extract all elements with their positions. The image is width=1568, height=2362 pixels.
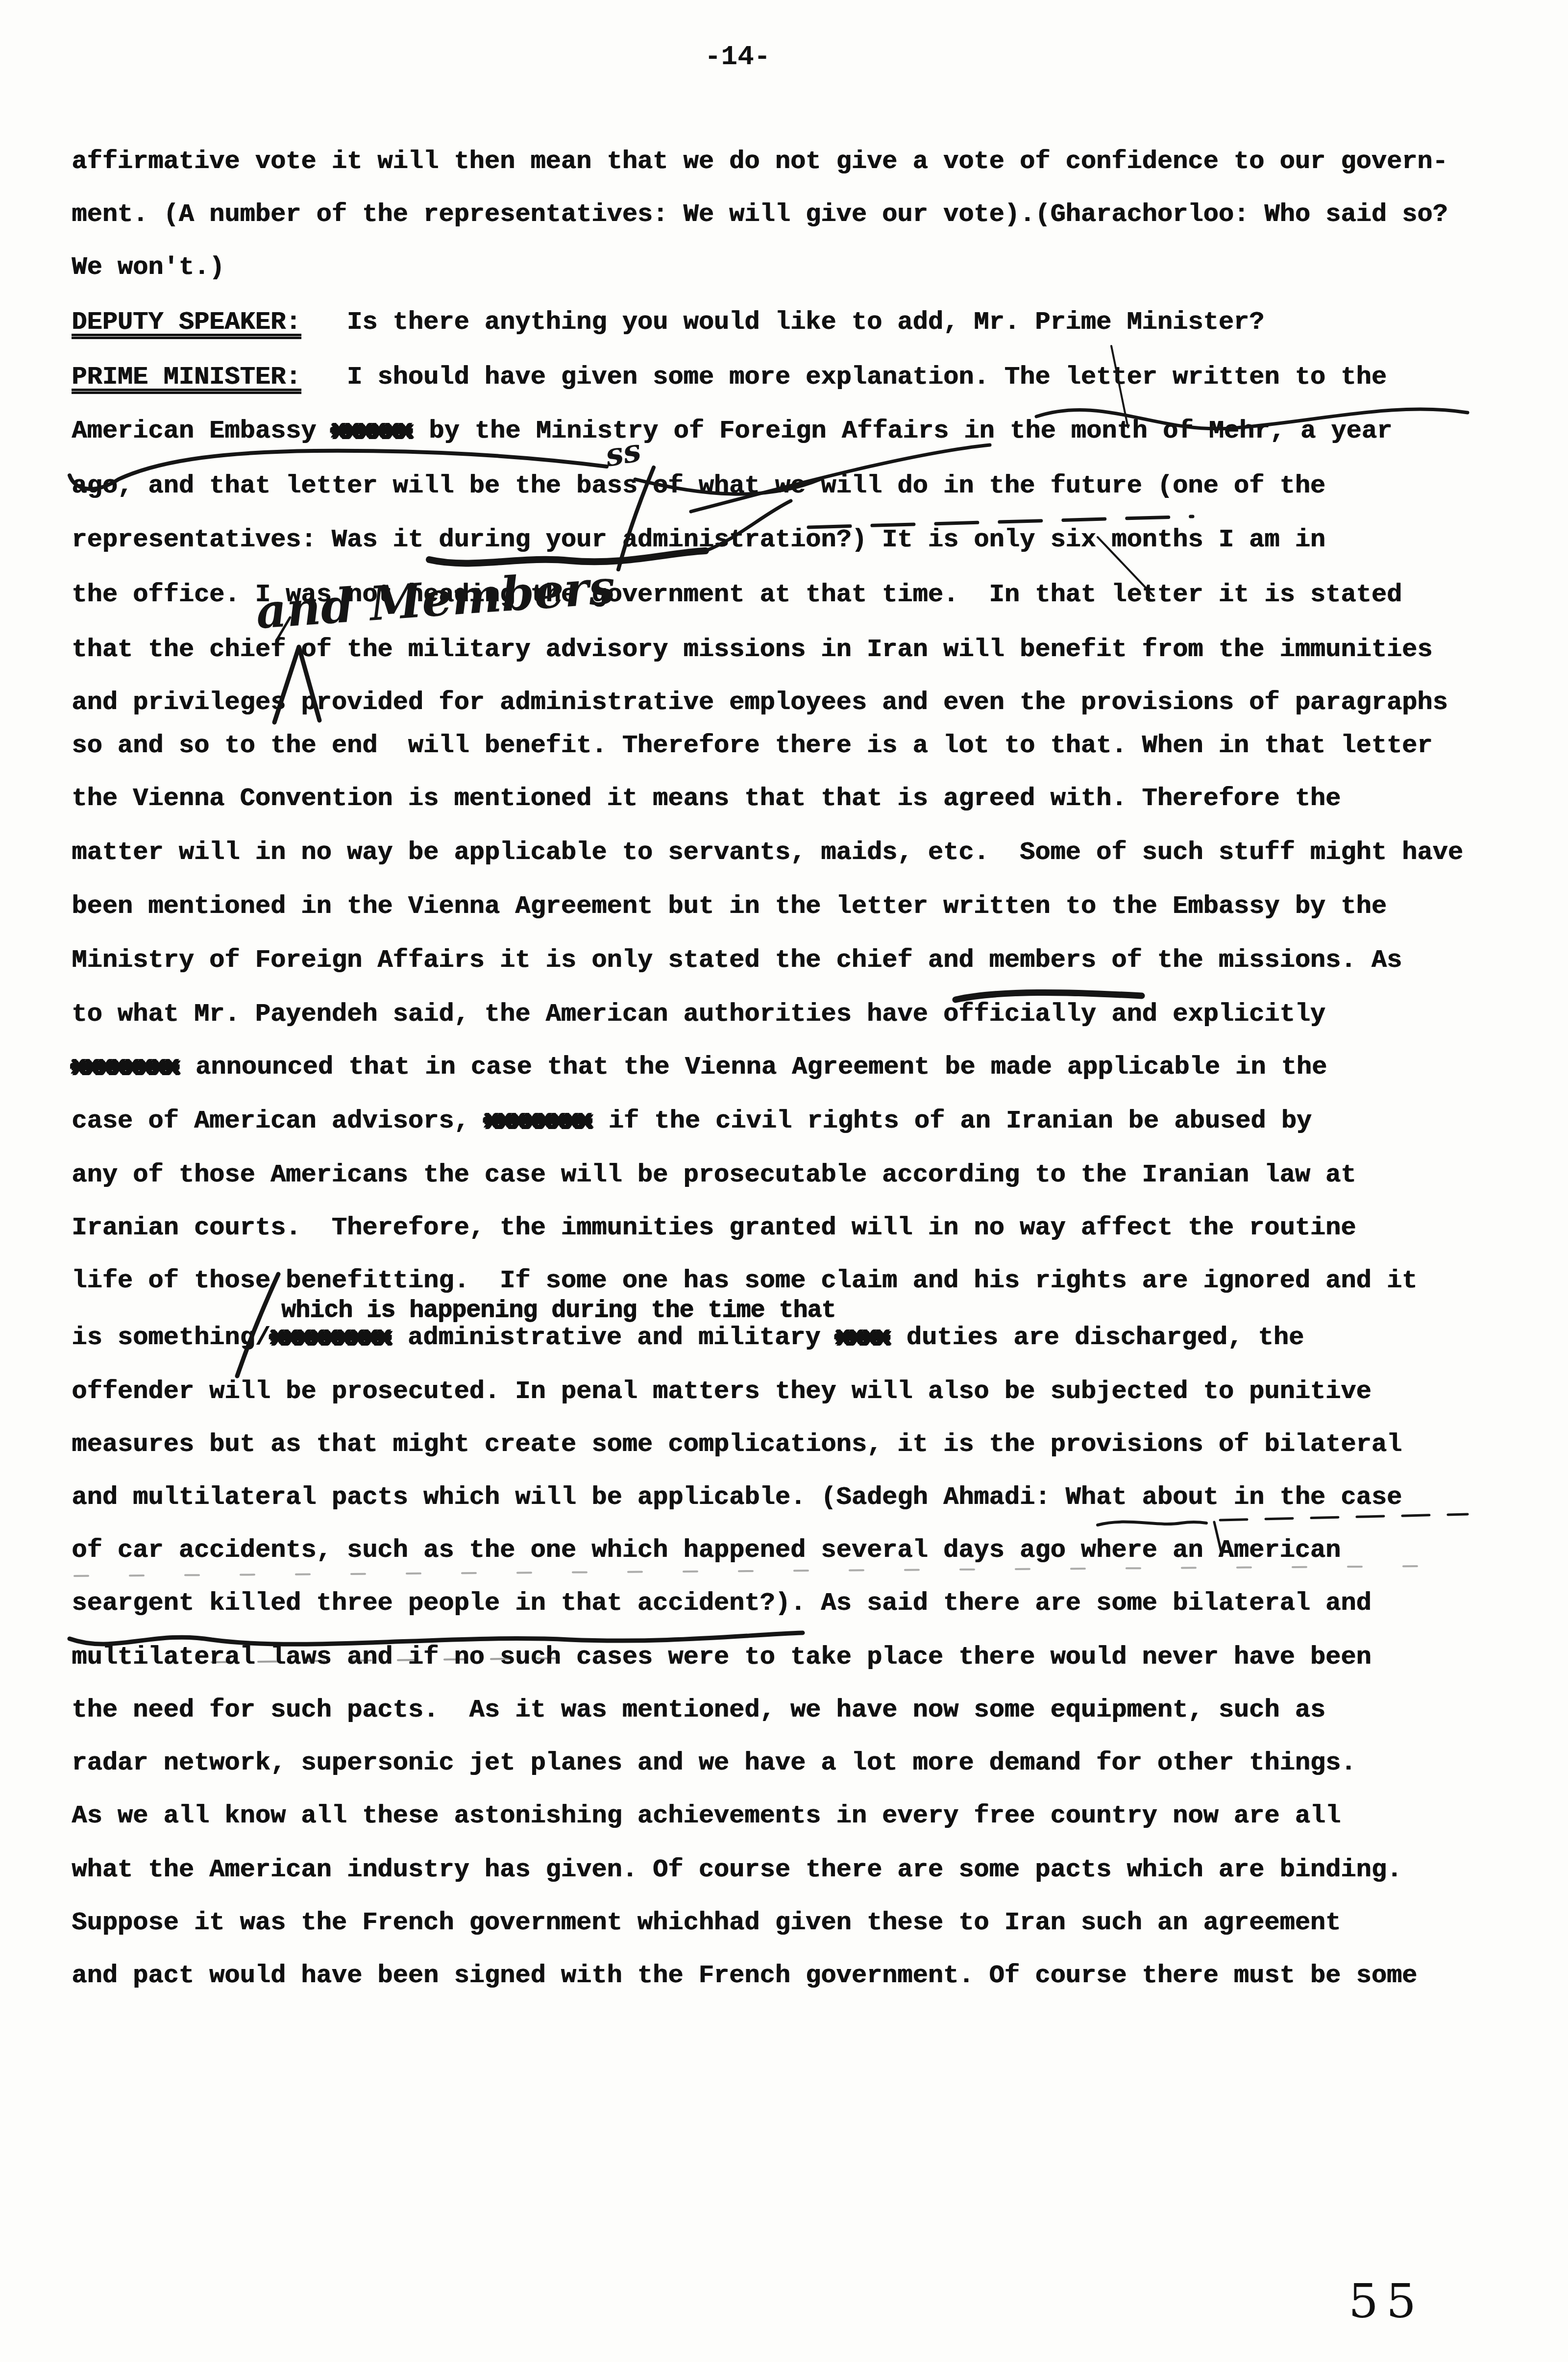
text-segment: Iranian courts. Therefore, the immunitie… xyxy=(72,1213,1356,1242)
text-segment: seargent killed three people in that acc… xyxy=(72,1589,1371,1618)
page-number-bottom: 55 xyxy=(1348,2274,1424,2329)
text-segment: offender will be prosecuted. In penal ma… xyxy=(72,1377,1371,1406)
struck-out-text: xxxxxx xyxy=(332,417,414,445)
text-segment: duties are discharged, the xyxy=(891,1323,1304,1352)
text-line: and multilateral pacts which will be app… xyxy=(72,1483,1402,1512)
text-segment: affirmative vote it will then mean that … xyxy=(72,147,1447,176)
struck-out-text: xxxx xyxy=(835,1323,891,1352)
text-segment: We won't.) xyxy=(72,253,224,282)
document-page: -14- affirmative vote it will then mean … xyxy=(0,0,1568,2362)
faint-dash-row-mark xyxy=(74,1566,1421,1576)
text-line: As we all know all these astonishing ach… xyxy=(72,1801,1341,1830)
text-segment: representatives: Was it during your admi… xyxy=(72,525,1325,554)
text-line: and privileges provided for administrati… xyxy=(72,688,1447,717)
inserted-typed-line: which is happening during the time that xyxy=(281,1297,835,1325)
text-segment: measures but as that might create some c… xyxy=(72,1430,1402,1459)
text-line: the need for such pacts. As it was menti… xyxy=(72,1696,1325,1724)
wavy-line-above-american-mark xyxy=(1098,1522,1206,1525)
text-segment: life of those benefitting. If some one h… xyxy=(72,1266,1417,1295)
text-line: ment. (A number of the representatives: … xyxy=(72,200,1447,229)
page-number-top: -14- xyxy=(705,41,770,73)
text-segment: and multilateral pacts which will be app… xyxy=(72,1483,1402,1512)
text-segment: Suppose it was the French government whi… xyxy=(72,1908,1341,1937)
text-segment: so and so to the end will benefit. There… xyxy=(72,731,1432,760)
text-line: American Embassy xxxxxx by the Ministry … xyxy=(72,417,1392,445)
text-segment: radar network, supersonic jet planes and… xyxy=(72,1748,1356,1777)
text-line: Iranian courts. Therefore, the immunitie… xyxy=(72,1213,1356,1242)
text-segment: the Vienna Convention is mentioned it me… xyxy=(72,784,1341,813)
text-segment: if the civil rights of an Iranian be abu… xyxy=(593,1107,1312,1135)
text-line: seargent killed three people in that acc… xyxy=(72,1589,1371,1618)
text-segment: ment. (A number of the representatives: … xyxy=(72,200,1447,229)
text-line: radar network, supersonic jet planes and… xyxy=(72,1748,1356,1777)
speaker-label: PRIME MINISTER: xyxy=(72,363,301,392)
text-segment: and pact would have been signed with the… xyxy=(72,1961,1417,1990)
text-segment: been mentioned in the Vienna Agreement b… xyxy=(72,892,1387,921)
text-segment: announced that in case that the Vienna A… xyxy=(180,1053,1327,1082)
text-segment: Is there anything you would like to add,… xyxy=(301,308,1264,337)
text-line: affirmative vote it will then mean that … xyxy=(72,147,1447,176)
dashes-above-american-mark xyxy=(1220,1514,1468,1520)
text-segment: I should have given some more explanatio… xyxy=(301,363,1387,392)
text-line: multilateral laws and if no such cases w… xyxy=(72,1643,1371,1672)
text-segment: and privileges provided for administrati… xyxy=(72,688,1447,717)
text-line: of car accidents, such as the one which … xyxy=(72,1536,1341,1565)
text-line: is something/xxxxxxxxx administrative an… xyxy=(72,1323,1304,1352)
text-line: ago, and that letter will be the bass of… xyxy=(72,471,1325,500)
text-line: offender will be prosecuted. In penal ma… xyxy=(72,1377,1371,1406)
text-line: matter will in no way be applicable to s… xyxy=(72,838,1463,867)
speaker-label: DEPUTY SPEAKER: xyxy=(72,308,301,337)
text-line: We won't.) xyxy=(72,253,224,282)
text-line: and pact would have been signed with the… xyxy=(72,1961,1417,1990)
text-segment: As we all know all these astonishing ach… xyxy=(72,1801,1341,1830)
text-line: what the American industry has given. Of… xyxy=(72,1855,1402,1884)
text-segment: Ministry of Foreign Affairs it is only s… xyxy=(72,946,1402,975)
text-segment: multilateral laws and if no such cases w… xyxy=(72,1643,1371,1672)
text-segment: American Embassy xyxy=(72,417,332,445)
text-line: been mentioned in the Vienna Agreement b… xyxy=(72,892,1387,921)
text-line: the office. I was not heading the govern… xyxy=(72,580,1402,609)
text-segment: of car accidents, such as the one which … xyxy=(72,1536,1341,1565)
text-segment: to what Mr. Payendeh said, the American … xyxy=(72,1000,1325,1029)
text-segment: the office. I was not heading the govern… xyxy=(72,580,1402,609)
text-line: DEPUTY SPEAKER: Is there anything you wo… xyxy=(72,308,1264,337)
text-line: xxxxxxxx announced that in case that the… xyxy=(72,1053,1327,1082)
text-segment: the need for such pacts. As it was menti… xyxy=(72,1696,1325,1724)
text-line: to what Mr. Payendeh said, the American … xyxy=(72,1000,1325,1029)
text-line: PRIME MINISTER: I should have given some… xyxy=(72,363,1387,392)
text-line: Ministry of Foreign Affairs it is only s… xyxy=(72,946,1402,975)
text-line: representatives: Was it during your admi… xyxy=(72,525,1325,554)
text-line: any of those Americans the case will be … xyxy=(72,1160,1356,1189)
text-line: the Vienna Convention is mentioned it me… xyxy=(72,784,1341,813)
struck-out-text: xxxxxxxx xyxy=(72,1053,180,1082)
text-segment: that the chief of the military advisory … xyxy=(72,635,1432,664)
text-segment: matter will in no way be applicable to s… xyxy=(72,838,1463,867)
text-line: life of those benefitting. If some one h… xyxy=(72,1266,1417,1295)
text-line: case of American advisors, xxxxxxxx if t… xyxy=(72,1107,1312,1135)
text-segment: is something/ xyxy=(72,1323,270,1352)
text-segment: what the American industry has given. Of… xyxy=(72,1855,1402,1884)
text-line: that the chief of the military advisory … xyxy=(72,635,1432,664)
text-segment: administrative and military xyxy=(392,1323,836,1352)
struck-out-text: xxxxxxxxx xyxy=(270,1323,392,1352)
text-line: measures but as that might create some c… xyxy=(72,1430,1402,1459)
text-segment: which is happening during the time that xyxy=(281,1297,835,1325)
text-segment: ago, and that letter will be the bass of… xyxy=(72,471,1325,500)
text-segment: case of American advisors, xyxy=(72,1107,485,1135)
text-segment: any of those Americans the case will be … xyxy=(72,1160,1356,1189)
text-line: so and so to the end will benefit. There… xyxy=(72,731,1432,760)
struck-out-text: xxxxxxxx xyxy=(485,1107,593,1135)
text-line: Suppose it was the French government whi… xyxy=(72,1908,1341,1937)
text-segment: by the Ministry of Foreign Affairs in th… xyxy=(414,417,1392,445)
underline-and-members-mark xyxy=(955,992,1142,1000)
